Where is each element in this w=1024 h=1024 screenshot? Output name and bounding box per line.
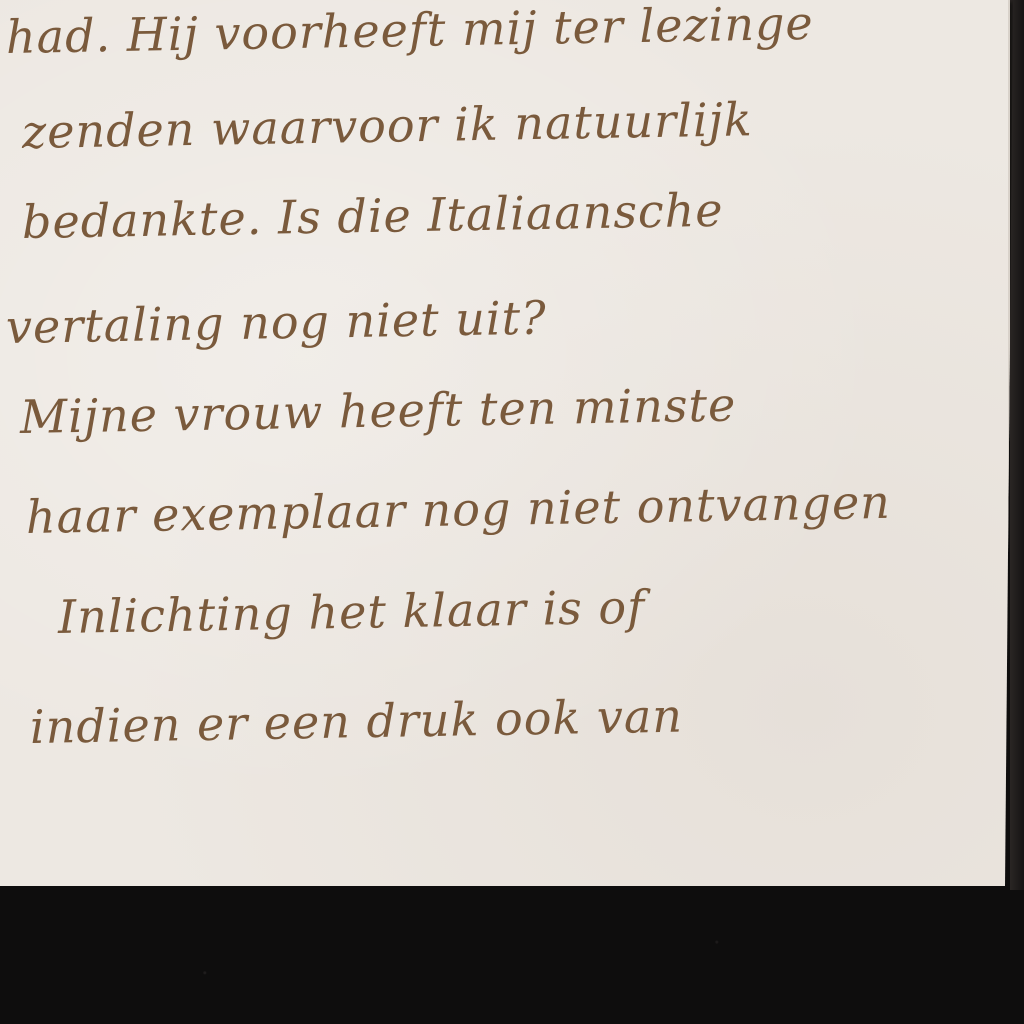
letter-line-3: bedankte. Is die Italiaansche <box>22 183 724 249</box>
letter-line-8: indien er een druk ook van <box>30 689 684 754</box>
letter-line-2: zenden waarvoor ik natuurlijk <box>22 92 754 159</box>
letter-line-7: Inlichting het klaar is of <box>58 580 646 644</box>
letter-page: had. Hij voorheeft mij ter lezinge zende… <box>0 0 1010 889</box>
letter-line-4: vertaling nog niet uit? <box>6 291 548 354</box>
letter-line-5: Mijne vrouw heeft ten minste <box>20 378 737 444</box>
letter-line-1: had. Hij voorheeft mij ter lezinge <box>6 0 815 64</box>
frame-edge <box>1010 0 1024 890</box>
letter-line-6: haar exemplaar nog niet ontvangen <box>26 475 892 544</box>
